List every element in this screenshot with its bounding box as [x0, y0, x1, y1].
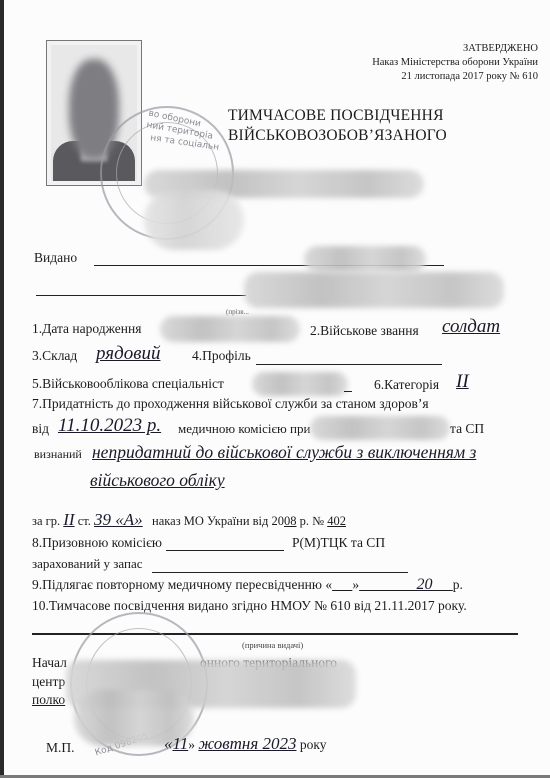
issued-caption: (прізв... — [226, 308, 249, 316]
reserve-underline — [152, 572, 408, 573]
issued-underline-2 — [36, 295, 246, 296]
from-label: від — [32, 421, 49, 437]
recognized-value-2: військового обліку — [90, 470, 225, 491]
article-value: 39 «А» — [94, 510, 143, 529]
conscription-label: 8.Призовною комісією — [32, 535, 162, 551]
profile-label: 4.Профіль — [192, 348, 251, 364]
category-label: 6.Категорія — [374, 377, 439, 393]
profile-underline — [256, 364, 442, 365]
reserve-label: зарахований у запас — [32, 556, 143, 572]
category-value: II — [456, 371, 469, 393]
rank-value: солдат — [442, 316, 500, 338]
article-label: ст. — [78, 514, 91, 528]
reason-caption: (причина видачі) — [242, 640, 303, 650]
mp-label: М.П. — [46, 740, 75, 756]
fitness-line: 7.Придатність до проходження військової … — [32, 396, 429, 412]
redacted-specialty — [252, 372, 348, 396]
redacted-birth-date — [160, 316, 300, 342]
from-date: 11.10.2023 р. — [58, 415, 161, 437]
order-line: за гр. II ст. 39 «А» наказ МО України ві… — [32, 510, 346, 530]
recert-day-blank — [332, 577, 352, 592]
redacted-name-1 — [304, 246, 426, 272]
title-line-1: ТИМЧАСОВЕ ПОСВІДЧЕННЯ — [228, 106, 447, 126]
order-number: 402 — [327, 514, 346, 528]
date-month-year: жовтня 2023 — [198, 734, 296, 753]
redacted-commission — [310, 416, 450, 440]
title-line-2: ВІЙСЬКОВОЗОБОВ’ЯЗАНОГО — [228, 126, 447, 146]
signature-line-1-start: Начал — [32, 655, 67, 671]
composition-label: 3.Склад — [32, 348, 77, 364]
group-value: II — [63, 510, 74, 529]
birth-date-label: 1.Дата народження — [32, 321, 141, 337]
approval-title: ЗАТВЕРДЖЕНО — [372, 42, 538, 56]
specialty-label: 5.Військовооблікова спеціальніст — [32, 376, 224, 392]
recert-suffix: р. — [453, 577, 463, 592]
recert-line: 9.Підлягає повторному медичному пересвід… — [32, 576, 463, 594]
recert-month-blank — [359, 577, 416, 592]
commission-text: медичною комісією при — [178, 421, 310, 437]
document-title: ТИМЧАСОВЕ ПОСВІДЧЕННЯ ВІЙСЬКОВОЗОБОВ’ЯЗА… — [228, 106, 447, 146]
recert-label: 9.Підлягає повторному медичному пересвід… — [32, 577, 332, 592]
redacted-stamp-blur — [144, 190, 244, 250]
approval-date: 21 листопада 2017 року № 610 — [372, 70, 538, 84]
conscription-suffix: Р(М)ТЦК та СП — [292, 535, 385, 551]
order-year: 08 — [284, 514, 297, 528]
issued-label: Видано — [34, 250, 77, 266]
signature-line-2-start: центр — [32, 674, 65, 690]
recognized-value-1: непридатний до військової служби з виклю… — [92, 442, 476, 463]
rank-label: 2.Військове звання — [310, 323, 419, 339]
redacted-name-2 — [244, 272, 504, 308]
signature-line-3-start: полко — [32, 692, 65, 708]
recognized-label: визнаний — [34, 447, 82, 462]
basis-line: 10.Тимчасове посвідчення видано згідно Н… — [32, 598, 467, 614]
specialty-underline — [344, 391, 352, 392]
date-suffix: року — [300, 737, 327, 752]
conscription-underline — [166, 550, 284, 551]
recert-year: 20 — [416, 576, 432, 593]
approval-order: Наказ Міністерства оборони України — [372, 56, 538, 70]
date-day: 11 — [173, 734, 189, 753]
certificate-page: ЗАТВЕРДЖЕНО Наказ Міністерства оборони У… — [4, 0, 550, 775]
order-number-label: р. № — [300, 514, 324, 528]
order-text: наказ МО України від 20 — [152, 514, 284, 528]
per-group-label: за гр. — [32, 514, 60, 528]
commission-suffix: та СП — [450, 421, 484, 437]
signing-date: «11» жовтня 2023 року — [164, 734, 327, 754]
approval-block: ЗАТВЕРДЖЕНО Наказ Міністерства оборони У… — [372, 42, 538, 84]
composition-value: рядовий — [96, 343, 160, 365]
